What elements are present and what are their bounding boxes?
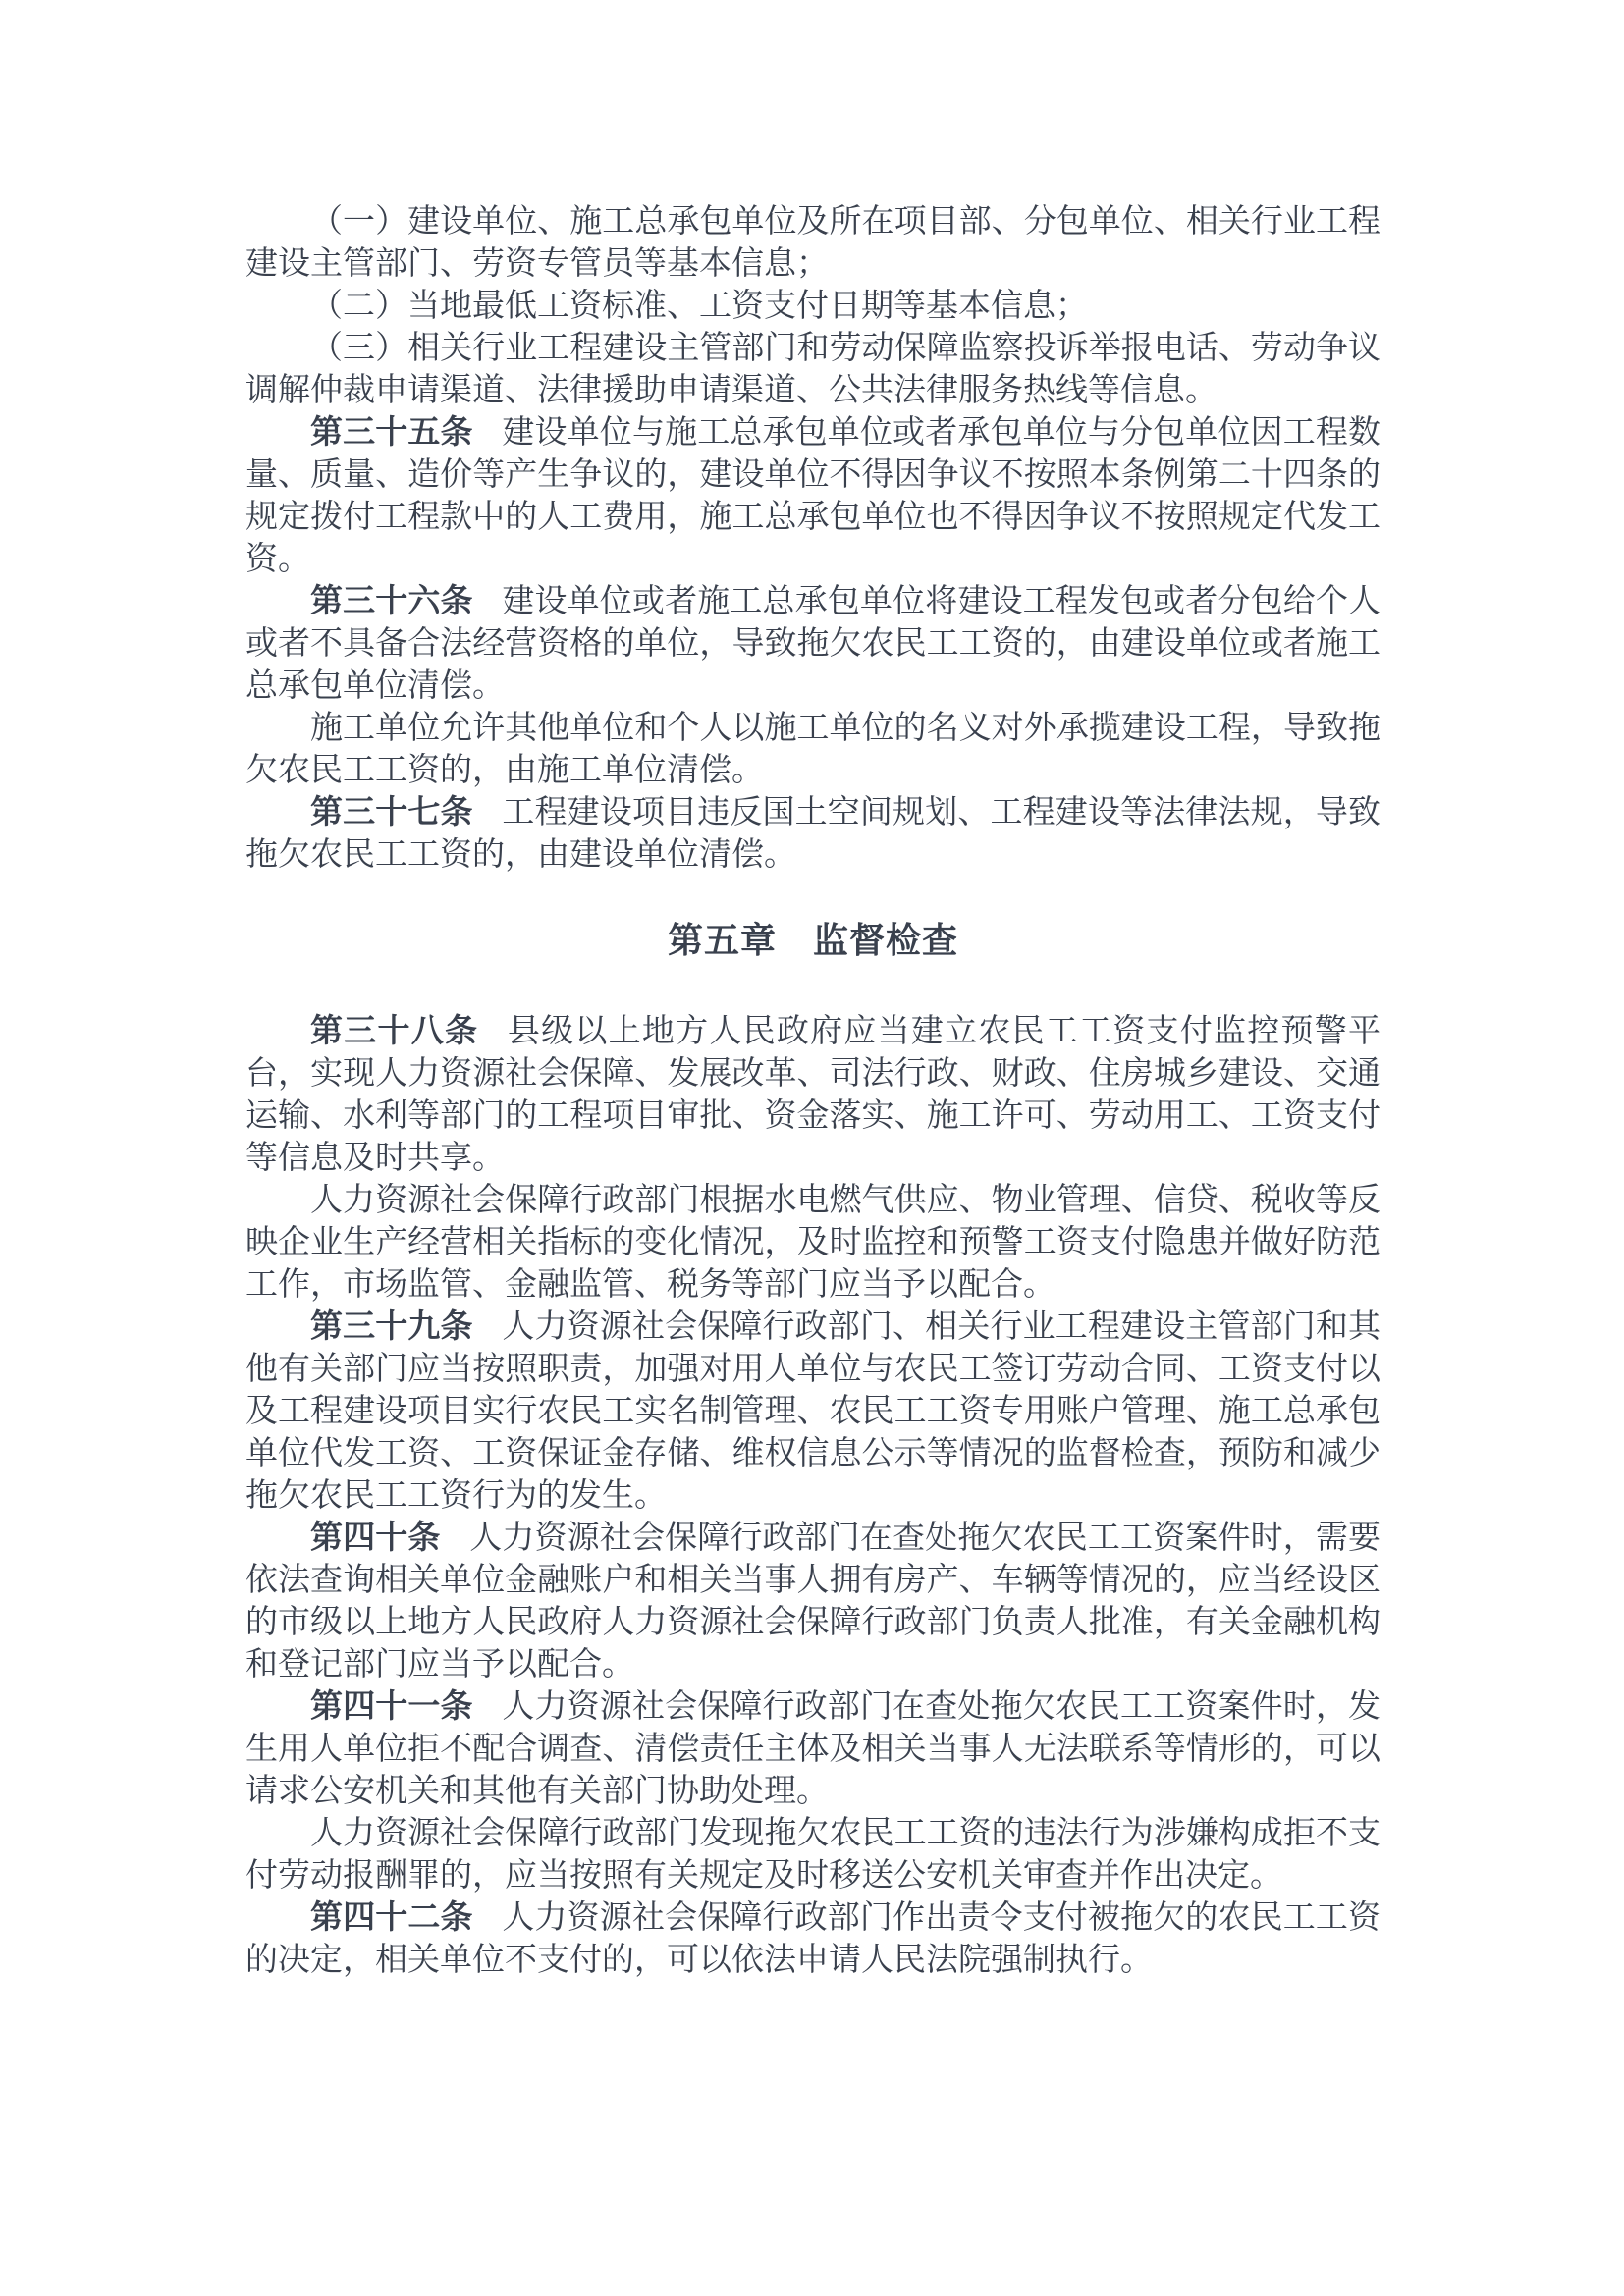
article-41-continuation-paragraph: 人力资源社会保障行政部门发现拖欠农民工工资的违法行为涉嫌构成拒不支付劳动报酬罪的… — [245, 1813, 1380, 1897]
article-number: 第三十六条 — [310, 584, 473, 619]
article-38-continuation-paragraph: 人力资源社会保障行政部门根据水电燃气供应、物业管理、信贷、税收等反映企业生产经营… — [245, 1180, 1380, 1307]
clause-item-2: （二）当地最低工资标准、工资支付日期等基本信息； — [245, 286, 1380, 328]
article-41-paragraph: 第四十一条人力资源社会保障行政部门在查处拖欠农民工工资案件时，发生用人单位拒不配… — [245, 1686, 1380, 1813]
article-39-paragraph: 第三十九条人力资源社会保障行政部门、相关行业工程建设主管部门和其他有关部门应当按… — [245, 1307, 1380, 1518]
article-number: 第四十一条 — [310, 1689, 473, 1725]
document-page: （一）建设单位、施工总承包单位及所在项目部、分包单位、相关行业工程建设主管部门、… — [0, 0, 1624, 2296]
article-number: 第三十五条 — [310, 415, 473, 451]
clause-item-1: （一）建设单位、施工总承包单位及所在项目部、分包单位、相关行业工程建设主管部门、… — [245, 201, 1380, 286]
article-40-paragraph: 第四十条人力资源社会保障行政部门在查处拖欠农民工工资案件时，需要依法查询相关单位… — [245, 1518, 1380, 1686]
article-text: 人力资源社会保障行政部门根据水电燃气供应、物业管理、信贷、税收等反映企业生产经营… — [245, 1183, 1380, 1303]
clause-text: （二）当地最低工资标准、工资支付日期等基本信息； — [310, 289, 1088, 324]
document-content: （一）建设单位、施工总承包单位及所在项目部、分包单位、相关行业工程建设主管部门、… — [245, 201, 1380, 1982]
article-38-paragraph: 第三十八条县级以上地方人民政府应当建立农民工工资支付监控预警平台，实现人力资源社… — [245, 1011, 1380, 1180]
article-number: 第四十条 — [310, 1521, 441, 1556]
article-text: 施工单位允许其他单位和个人以施工单位的名义对外承揽建设工程，导致拖欠农民工工资的… — [245, 711, 1380, 788]
article-36-paragraph: 第三十六条建设单位或者施工总承包单位将建设工程发包或者分包给个人或者不具备合法经… — [245, 581, 1380, 708]
article-42-paragraph: 第四十二条人力资源社会保障行政部门作出责令支付被拖欠的农民工工资的决定，相关单位… — [245, 1897, 1380, 1982]
article-37-paragraph: 第三十七条工程建设项目违反国土空间规划、工程建设等法律法规，导致拖欠农民工工资的… — [245, 792, 1380, 877]
article-number: 第三十九条 — [310, 1309, 473, 1345]
article-number: 第四十二条 — [310, 1900, 473, 1936]
article-number: 第三十七条 — [310, 795, 473, 830]
clause-item-3: （三）相关行业工程建设主管部门和劳动保障监察投诉举报电话、劳动争议调解仲裁申请渠… — [245, 328, 1380, 412]
chapter-heading: 第五章 监督检查 — [245, 918, 1380, 963]
clause-text: （三）相关行业工程建设主管部门和劳动保障监察投诉举报电话、劳动争议调解仲裁申请渠… — [245, 331, 1380, 408]
article-number: 第三十八条 — [310, 1014, 478, 1049]
article-36-continuation-paragraph: 施工单位允许其他单位和个人以施工单位的名义对外承揽建设工程，导致拖欠农民工工资的… — [245, 708, 1380, 792]
article-35-paragraph: 第三十五条建设单位与施工总承包单位或者承包单位与分包单位因工程数量、质量、造价等… — [245, 412, 1380, 581]
article-text: 人力资源社会保障行政部门发现拖欠农民工工资的违法行为涉嫌构成拒不支付劳动报酬罪的… — [245, 1816, 1380, 1894]
clause-text: （一）建设单位、施工总承包单位及所在项目部、分包单位、相关行业工程建设主管部门、… — [245, 204, 1380, 282]
